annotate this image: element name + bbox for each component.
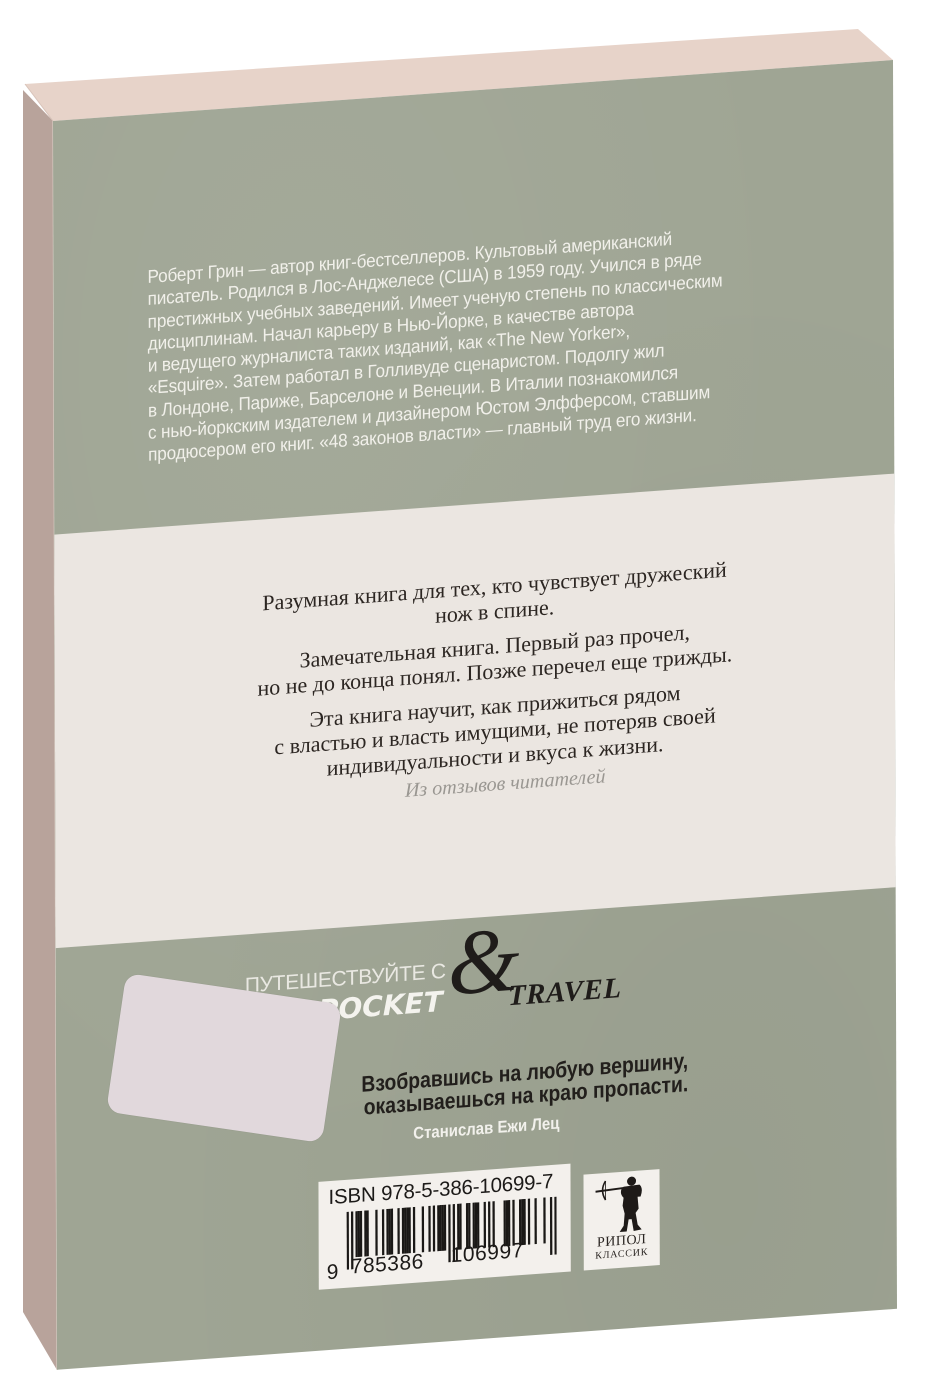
publisher-name: РИПОЛ КЛАССИК (584, 1231, 660, 1263)
series-brand-travel: TRAVEL (508, 972, 622, 1013)
author-bio: Роберт Грин — автор книг-бестселлеров. К… (147, 219, 799, 467)
epigraph: Взобравшись на любую вершину, оказываешь… (317, 1049, 689, 1122)
isbn-barcode: ISBN 978-5-386-10699-7 9 785386 106997 (318, 1164, 570, 1290)
back-cover: Роберт Грин — автор книг-бестселлеров. К… (53, 60, 897, 1370)
book-spine-edge (23, 90, 57, 1370)
barcode-digit-prefix: 9 (327, 1260, 339, 1285)
publisher-logo-box: РИПОЛ КЛАССИК (583, 1169, 659, 1270)
barcode-digit-group-left: 785386 (351, 1250, 424, 1279)
barcode-digit-group-right: 106997 (451, 1239, 524, 1268)
epigraph-author: Станислав Ежи Лец (407, 1113, 565, 1144)
archer-crossbow-icon (594, 1174, 650, 1240)
